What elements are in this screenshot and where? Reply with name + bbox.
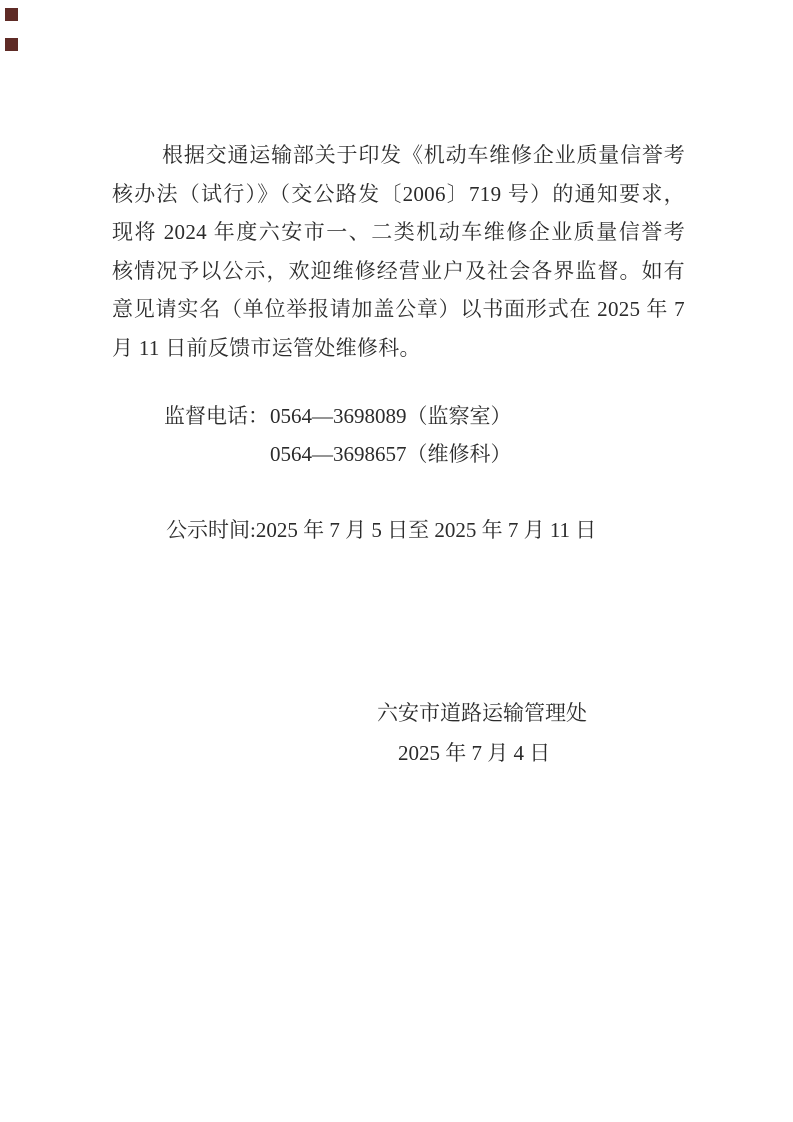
corner-mark bbox=[5, 38, 18, 51]
notice-body-paragraph: 根据交通运输部关于印发《机动车维修企业质量信誉考 核办法（试行）》（交公路发〔2… bbox=[112, 136, 685, 367]
publicity-period: 公示时间:2025 年 7 月 5 日至 2025 年 7 月 11 日 bbox=[166, 511, 596, 550]
supervision-phone-number-2: 0564—3698657（维修科） bbox=[270, 442, 512, 466]
body-line: 核办法（试行）》（交公路发〔2006〕719 号）的通知要求， bbox=[112, 175, 685, 214]
body-line: 意见请实名（单位举报请加盖公章）以书面形式在 2025 年 7 bbox=[112, 290, 685, 329]
supervision-phone-row-1: 监督电话：0564—3698089（监察室） bbox=[164, 397, 512, 436]
supervision-phone-number-1: 0564—3698089（监察室） bbox=[270, 404, 512, 428]
document-page: 根据交通运输部关于印发《机动车维修企业质量信誉考 核办法（试行）》（交公路发〔2… bbox=[0, 0, 793, 1122]
signature-department: 六安市道路运输管理处 bbox=[377, 694, 587, 733]
body-line: 现将 2024 年度六安市一、二类机动车维修企业质量信誉考 bbox=[112, 213, 685, 252]
body-line: 核情况予以公示，欢迎维修经营业户及社会各界监督。如有 bbox=[112, 252, 685, 291]
signature-date: 2025 年 7 月 4 日 bbox=[398, 734, 550, 773]
body-line: 月 11 日前反馈市运管处维修科。 bbox=[112, 329, 685, 368]
supervision-phone-label: 监督电话： bbox=[164, 397, 270, 436]
corner-mark bbox=[5, 8, 18, 21]
supervision-phone-row-2: 0564—3698657（维修科） bbox=[270, 435, 512, 474]
body-line: 根据交通运输部关于印发《机动车维修企业质量信誉考 bbox=[112, 136, 685, 175]
